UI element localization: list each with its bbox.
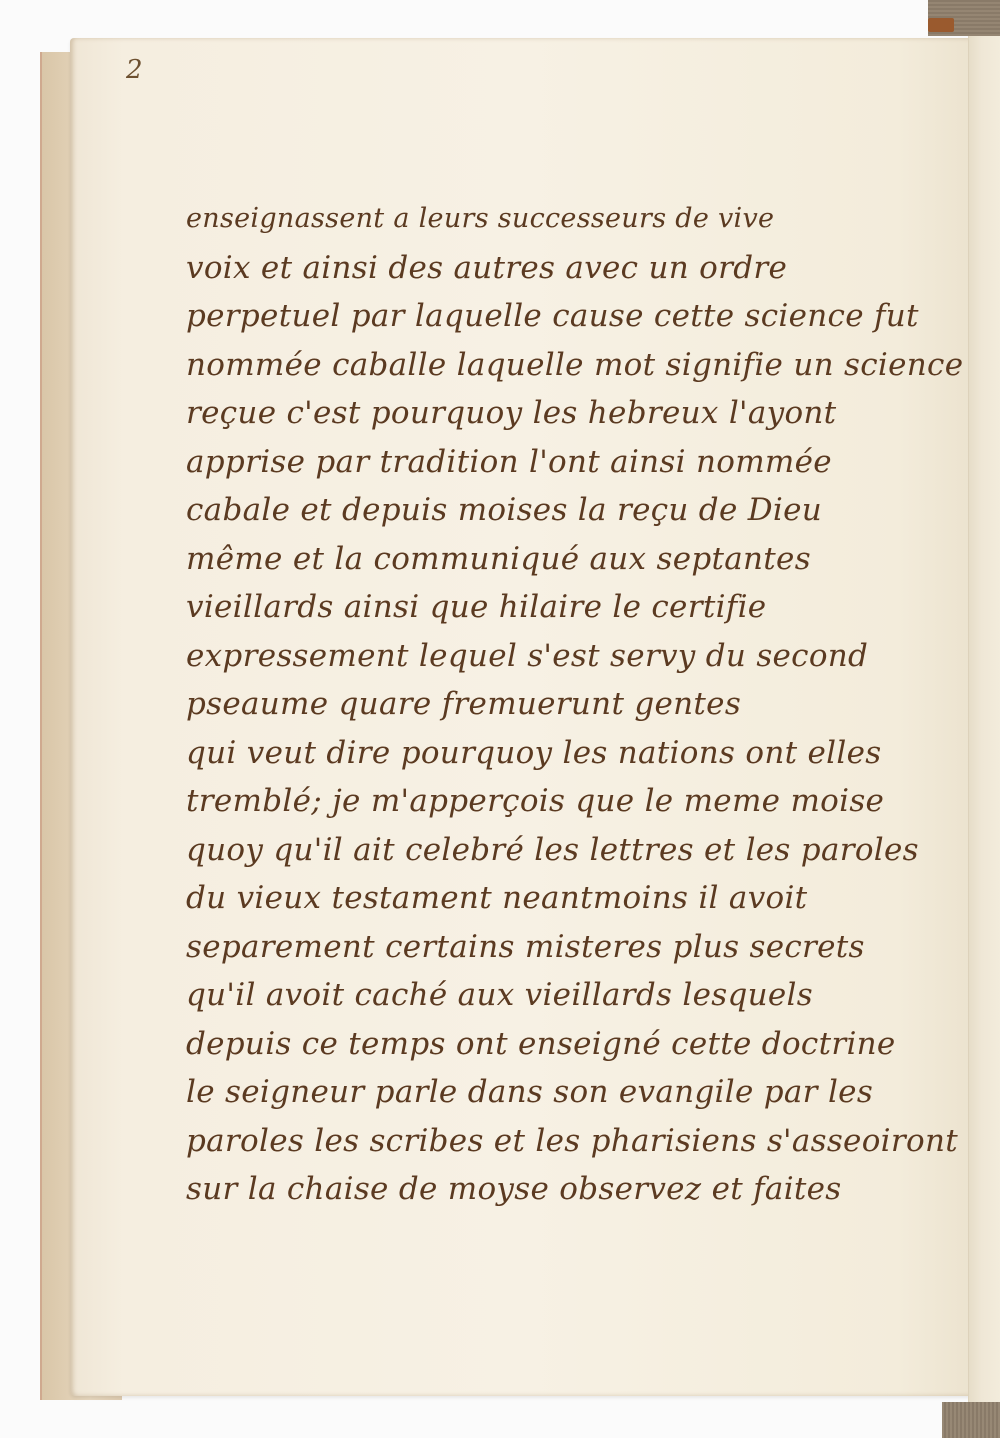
text-line: expressement lequel s'est servy du secon…	[186, 632, 966, 681]
text-line: depuis ce temps ont enseigné cette doctr…	[186, 1020, 966, 1069]
text-line: apprise par tradition l'ont ainsi nommée	[186, 438, 966, 487]
text-line: du vieux testament neantmoins il avoit	[186, 874, 966, 923]
text-line: même et la communiqué aux septantes	[186, 535, 966, 584]
text-line: le seigneur parle dans son evangile par …	[186, 1068, 966, 1117]
handwritten-text: enseignassent a leurs successeurs de viv…	[186, 195, 966, 1214]
page-gutter	[968, 36, 1000, 1404]
text-line: sur la chaise de moyse observez et faite…	[186, 1165, 966, 1214]
text-line: quoy qu'il ait celebré les lettres et le…	[186, 826, 966, 875]
text-line: reçue c'est pourquoy les hebreux l'ayont	[186, 389, 966, 438]
text-line: qui veut dire pourquoy les nations ont e…	[186, 729, 966, 778]
text-line: tremblé; je m'apperçois que le meme mois…	[186, 777, 966, 826]
text-line: voix et ainsi des autres avec un ordre	[186, 244, 966, 293]
text-line: qu'il avoit caché aux vieillards lesquel…	[186, 971, 966, 1020]
text-line: enseignassent a leurs successeurs de viv…	[186, 195, 966, 244]
text-line: nommée caballe laquelle mot signifie un …	[186, 341, 966, 390]
text-line: cabale et depuis moises la reçu de Dieu	[186, 486, 966, 535]
binding-cloth-bottom	[942, 1402, 1000, 1438]
text-line: perpetuel par laquelle cause cette scien…	[186, 292, 966, 341]
page-number: 2	[126, 55, 143, 85]
binding-ribbon	[928, 18, 954, 32]
text-line: vieillards ainsi que hilaire le certifie	[186, 583, 966, 632]
text-line: separement certains misteres plus secret…	[186, 923, 966, 972]
text-line: paroles les scribes et les pharisiens s'…	[186, 1117, 966, 1166]
text-line: pseaume quare fremuerunt gentes	[186, 680, 966, 729]
